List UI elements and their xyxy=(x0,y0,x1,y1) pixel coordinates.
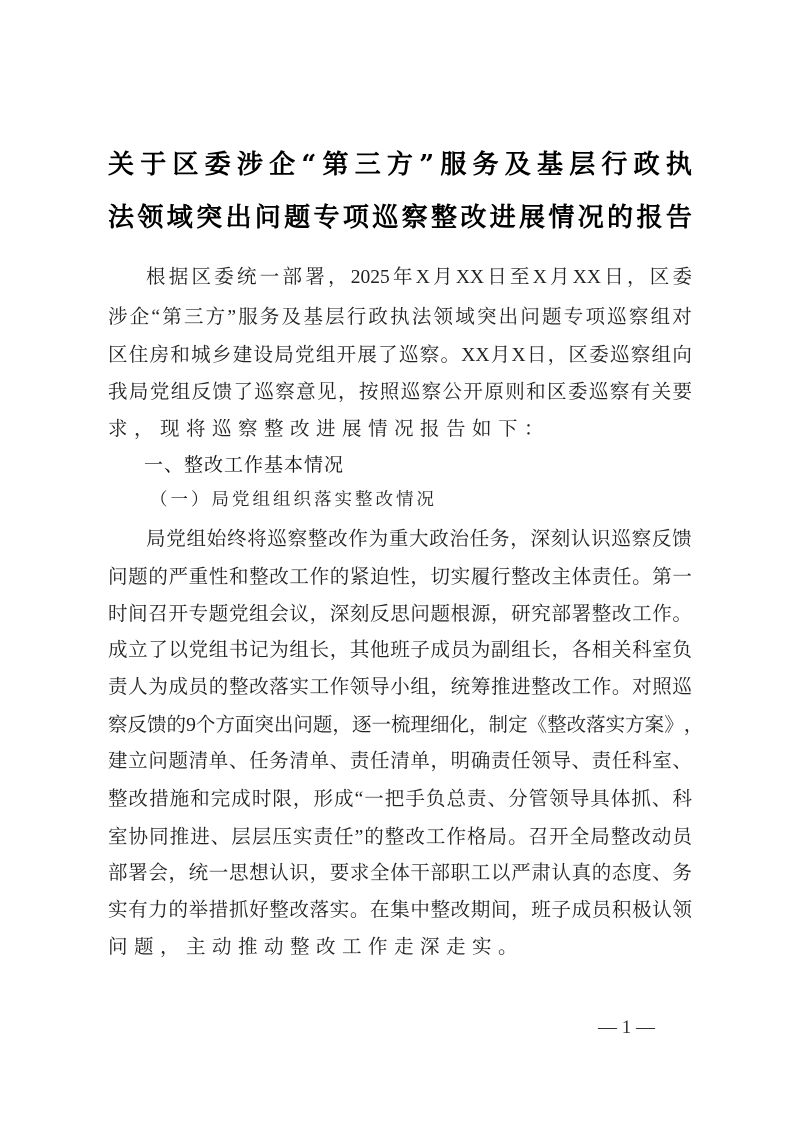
intro-line-4: 我局党组反馈了巡察意见，按照巡察公开原则和区委巡察有关要 xyxy=(108,383,692,403)
subsection-heading-1: （一）局党组组织落实整改情况 xyxy=(150,492,437,510)
paragraph-line-3: 时间召开专题党组会议，深刻反思问题根源，研究部署整改工作。 xyxy=(108,605,692,625)
page-number: — 1 — xyxy=(598,1017,655,1039)
paragraph-line-11: 实有力的举措抓好整改落实。在集中整改期间，班子成员积极认领 xyxy=(108,901,692,921)
paragraph-line-2: 问题的严重性和整改工作的紧迫性，切实履行整改主体责任。第一 xyxy=(108,568,692,588)
paragraph-line-9: 室协同推进、层层压实责任”的整改工作格局。召开全局整改动员 xyxy=(108,828,692,848)
paragraph-line-5: 责人为成员的整改落实工作领导小组，统筹推进整改工作。对照巡 xyxy=(108,678,692,698)
paragraph-line-4: 成立了以党组书记为组长，其他班子成员为副组长，各相关科室负 xyxy=(108,641,692,661)
paragraph-line-8: 整改措施和完成时限，形成“一把手负总责、分管领导具体抓、科 xyxy=(108,790,692,810)
paragraph-line-6: 察反馈的9个方面突出问题，逐一梳理细化，制定《整改落实方案》， xyxy=(108,716,692,736)
document-title-line-1: 关于区委涉企“第三方”服务及基层行政执 xyxy=(108,152,692,178)
intro-line-5: 求，现将巡察整改进展情况报告如下： xyxy=(108,420,692,440)
section-heading-1: 一、整改工作基本情况 xyxy=(144,456,344,475)
document-title-line-2: 法领域突出问题专项巡察整改进展情况的报告 xyxy=(108,205,692,231)
intro-line-3: 区住房和城乡建设局党组开展了巡察。XX月X日，区委巡察组向 xyxy=(108,346,692,366)
paragraph-line-7: 建立问题清单、任务清单、责任清单，明确责任领导、责任科室、 xyxy=(108,752,692,772)
intro-line-1: 根据区委统一部署，2025年X月XX日至X月XX日，区委 xyxy=(146,268,692,288)
paragraph-line-1: 局党组始终将巡察整改作为重大政治任务，深刻认识巡察反馈 xyxy=(146,530,692,550)
paragraph-line-10: 部署会，统一思想认识，要求全体干部职工以严肃认真的态度、务 xyxy=(108,864,692,884)
document-page: 关于区委涉企“第三方”服务及基层行政执 法领域突出问题专项巡察整改进展情况的报告… xyxy=(0,0,793,1122)
paragraph-line-12: 问题，主动推动整改工作走深走实。 xyxy=(108,938,692,958)
intro-line-2: 涉企“第三方”服务及基层行政执法领域突出问题专项巡察组对 xyxy=(108,308,692,328)
